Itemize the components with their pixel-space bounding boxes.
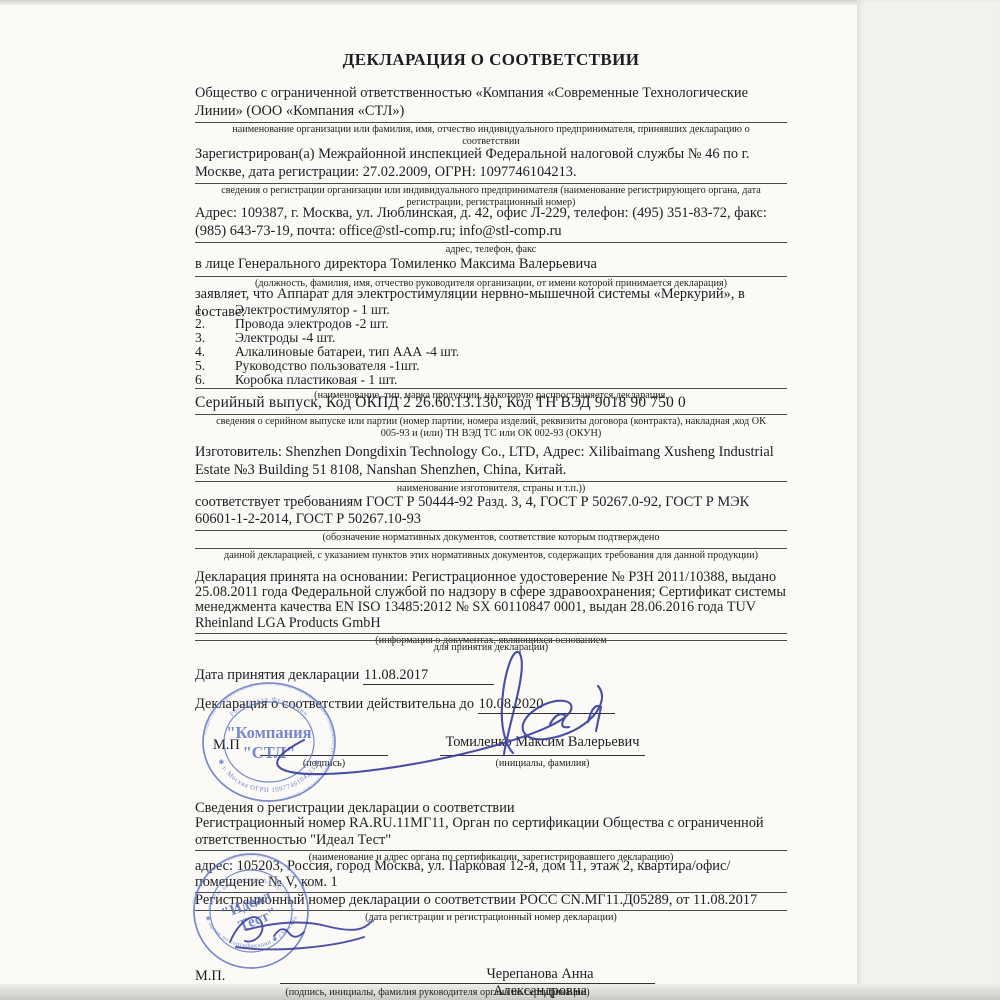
list-item-number: 1. <box>195 303 235 317</box>
field-rule <box>195 276 787 277</box>
list-item-number: 2. <box>195 317 235 331</box>
list-item-text: Алкалиновые батареи, тип ААА -4 шт. <box>235 344 459 359</box>
list-item-text: Руководство пользователя -1шт. <box>235 358 420 373</box>
list-item: 3.Электроды -4 шт. <box>195 331 787 345</box>
doc-block-para: Декларация принята на основании: Регистр… <box>195 570 787 646</box>
list-item-text: Провода электродов -2 шт. <box>235 316 389 331</box>
field-rule <box>195 414 787 415</box>
field-caption: сведения о серийном выпуске или партии (… <box>195 416 787 427</box>
field-caption: (обозначение нормативных документов, соо… <box>195 532 787 543</box>
list-item-number: 5. <box>195 359 235 373</box>
field-caption: сведения о регистрации организации или и… <box>195 185 787 196</box>
field-caption: наименование организации или фамилия, им… <box>195 124 787 135</box>
doc-block-list: 1.Электростимулятор - 1 шт.2.Провода эле… <box>195 303 787 402</box>
list-item-number: 4. <box>195 345 235 359</box>
field-caption: 005-93 и (или) ТН ВЭД ТС или ОК 002-93 (… <box>195 428 787 439</box>
doc-block-caprule: данной декларацией, с указанием пунктов … <box>195 546 787 561</box>
list-item-text: Коробка пластиковая - 1 шт. <box>235 372 397 387</box>
field-caption: данной декларацией, с указанием пунктов … <box>195 550 787 561</box>
page-title: ДЕКЛАРАЦИЯ О СООТВЕТСТВИИ <box>195 50 787 70</box>
signature-2 <box>212 900 387 958</box>
paragraph: Изготовитель: Shenzhen Dongdixin Technol… <box>195 444 787 479</box>
field-rule <box>195 388 787 389</box>
field-caption: наименование изготовителя, страны и т.п.… <box>195 483 787 494</box>
signatory-name-caption: (подпись, инициалы, фамилия руководителя… <box>255 987 620 998</box>
list-item: 4.Алкалиновые батареи, тип ААА -4 шт. <box>195 345 787 359</box>
doc-block-para: Общество с ограниченной ответственностью… <box>195 85 787 147</box>
signature-line <box>280 983 655 984</box>
list-item: 5.Руководство пользователя -1шт. <box>195 359 787 373</box>
doc-block-para: соответствует требованиям ГОСТ Р 50444-9… <box>195 494 787 543</box>
field-caption: адрес, телефон, факс <box>195 244 787 255</box>
doc-block-para: Изготовитель: Shenzhen Dongdixin Technol… <box>195 444 787 494</box>
paragraph: Серийный выпуск, Код ОКПД 2 26.60.13.130… <box>195 394 787 412</box>
field-rule <box>195 633 787 634</box>
paragraph: в лице Генерального директора Томиленко … <box>195 256 787 274</box>
field-rule <box>195 481 787 482</box>
field-rule <box>195 122 787 123</box>
doc-block-para: Серийный выпуск, Код ОКПД 2 26.60.13.130… <box>195 394 787 439</box>
list-item-number: 3. <box>195 331 235 345</box>
list-item: 1.Электростимулятор - 1 шт. <box>195 303 787 317</box>
list-item-number: 6. <box>195 373 235 387</box>
field-rule <box>195 242 787 243</box>
list-item-text: Электростимулятор - 1 шт. <box>235 302 390 317</box>
list-item-text: Электроды -4 шт. <box>235 330 335 345</box>
signature-1 <box>252 640 642 790</box>
field-rule <box>195 548 787 549</box>
doc-block-para: Зарегистрирован(а) Межрайонной инспекцие… <box>195 146 787 208</box>
paragraph: Зарегистрирован(а) Межрайонной инспекцие… <box>195 146 787 181</box>
list-item: 6.Коробка пластиковая - 1 шт. <box>195 373 787 387</box>
list-item: 2.Провода электродов -2 шт. <box>195 317 787 331</box>
scan-edge-right <box>857 0 1000 1000</box>
paragraph: Адрес: 109387, г. Москва, ул. Люблинская… <box>195 205 787 240</box>
doc-block-para: в лице Генерального директора Томиленко … <box>195 256 787 289</box>
field-rule <box>195 530 787 531</box>
paragraph: Декларация принята на основании: Регистр… <box>195 570 787 631</box>
declaration-document: ДЕКЛАРАЦИЯ О СООТВЕТСТВИИОбщество с огра… <box>195 0 787 84</box>
paragraph: Общество с ограниченной ответственностью… <box>195 85 787 120</box>
doc-block-para: Адрес: 109387, г. Москва, ул. Люблинская… <box>195 205 787 255</box>
field-rule <box>195 183 787 184</box>
paragraph: соответствует требованиям ГОСТ Р 50444-9… <box>195 494 787 528</box>
paragraph: Регистрационный номер RA.RU.11МГ11, Орга… <box>195 815 787 848</box>
